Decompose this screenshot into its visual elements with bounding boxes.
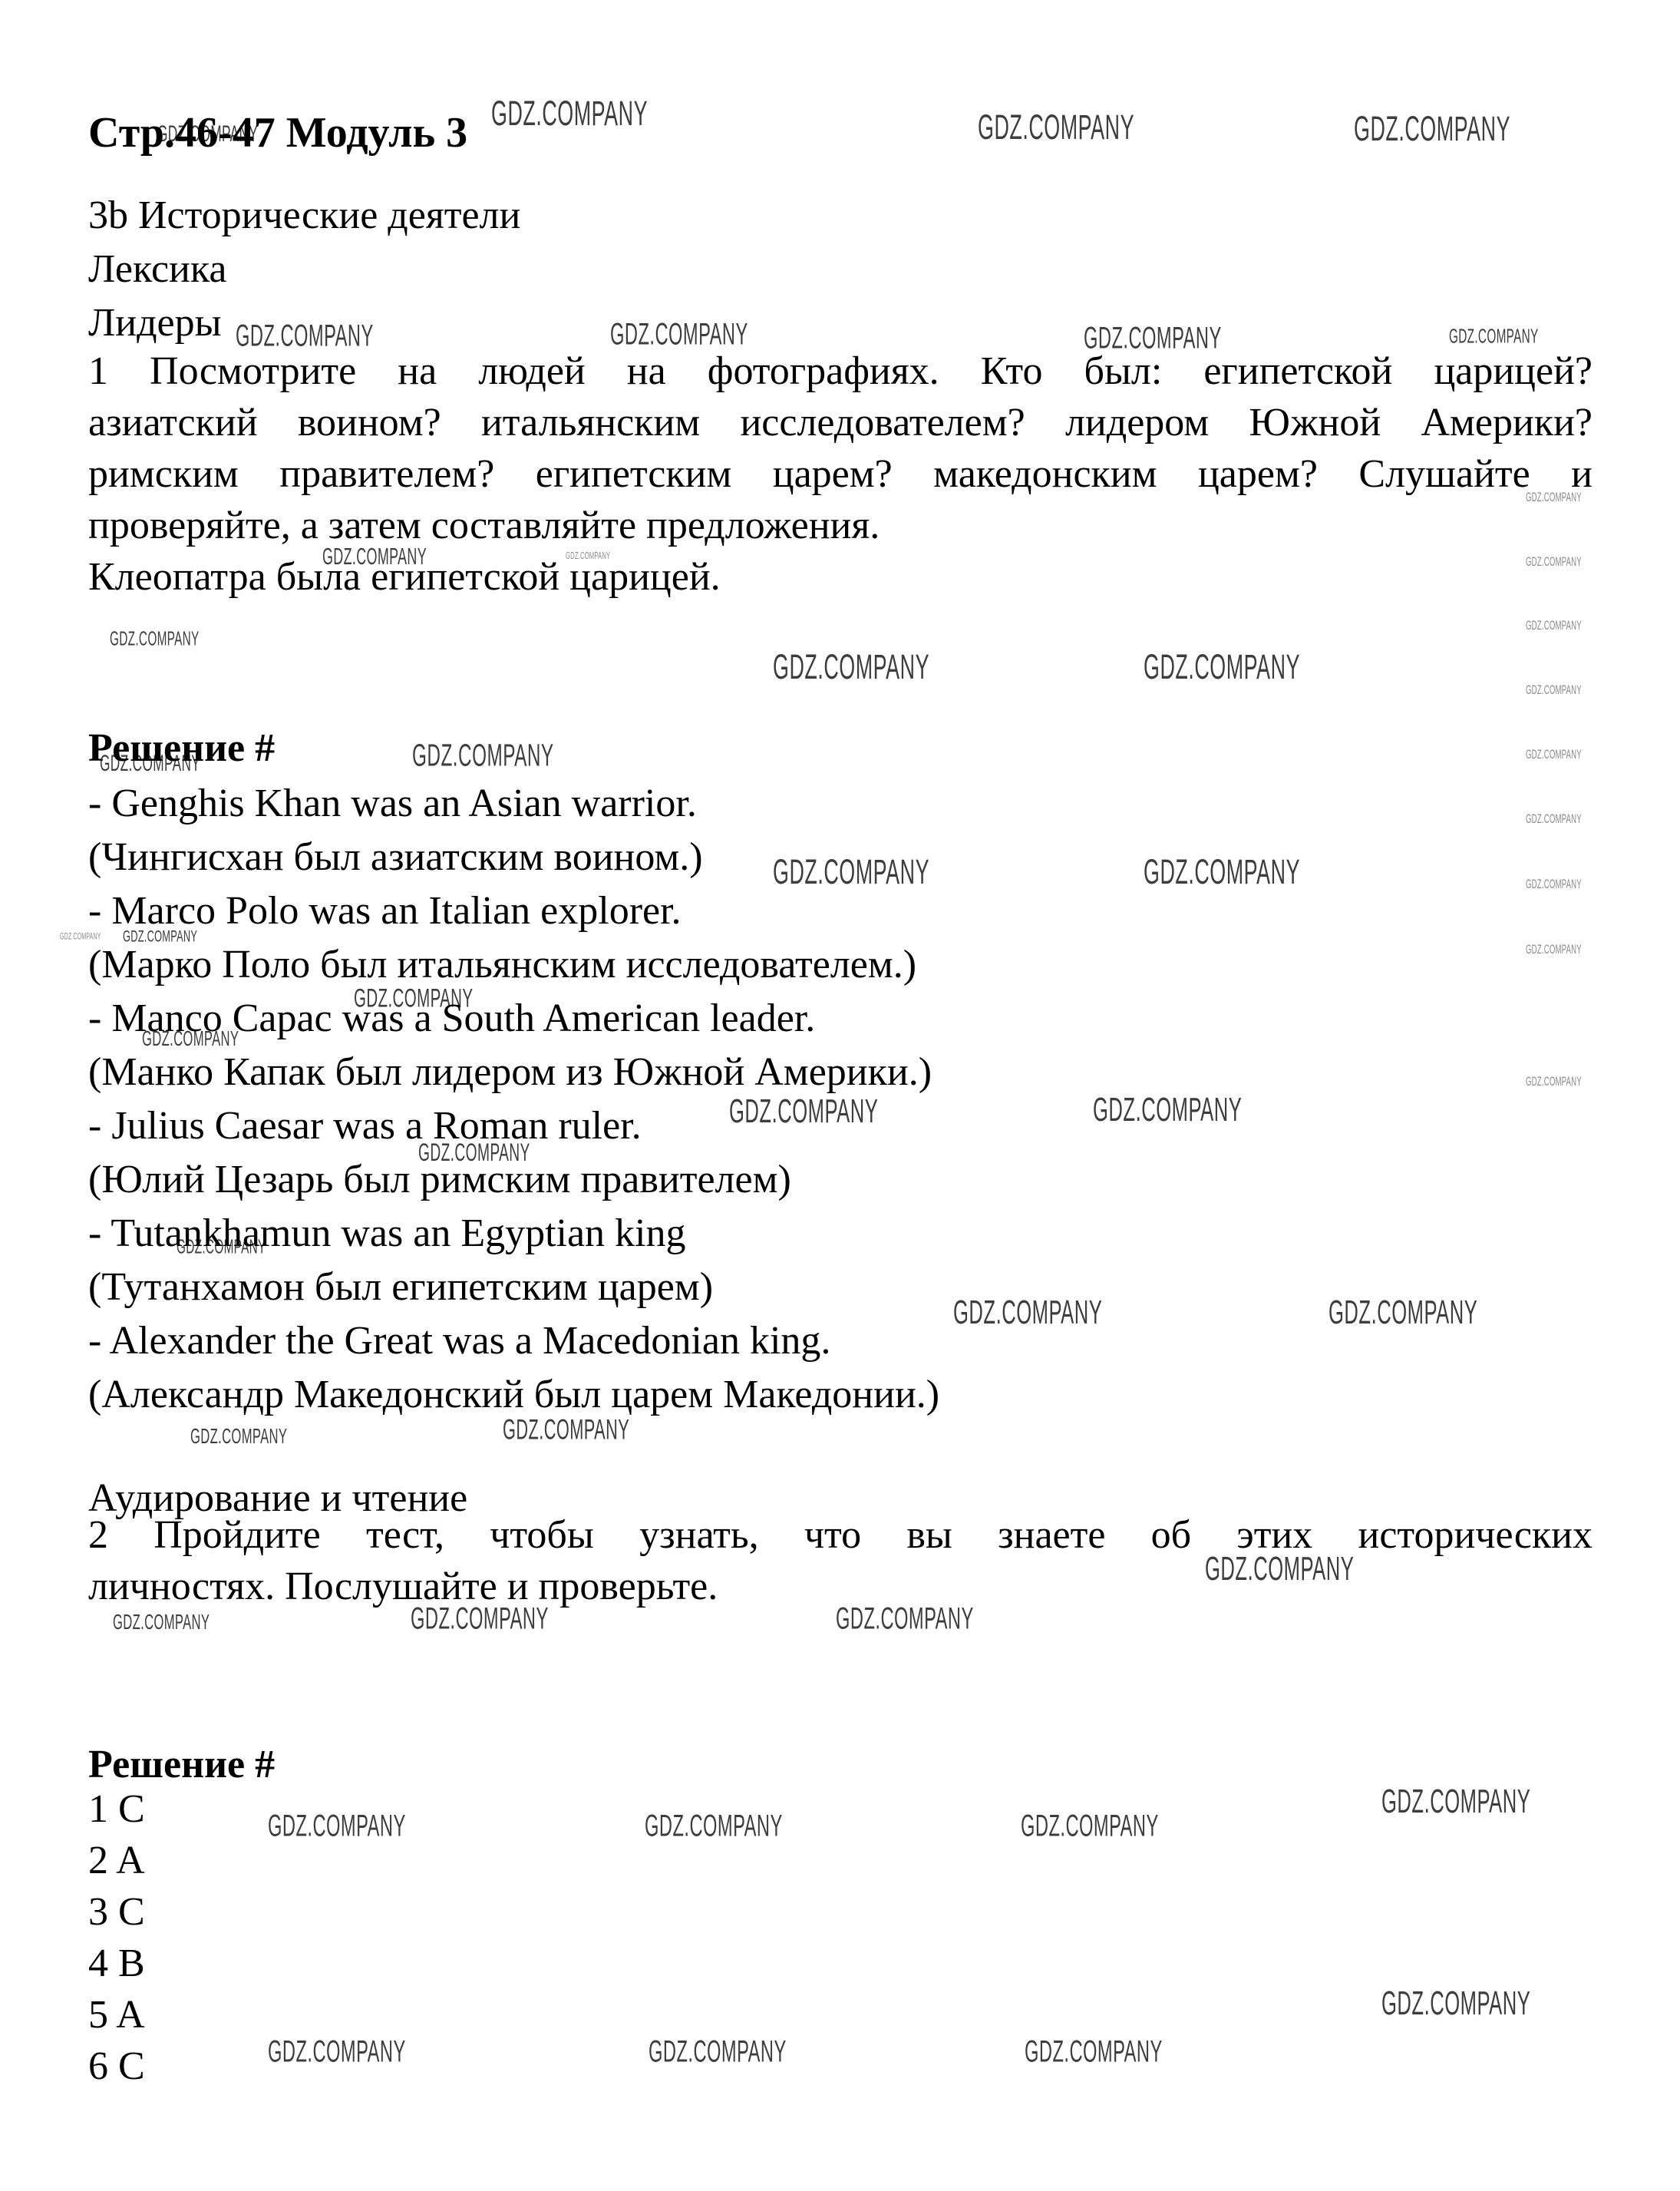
solution1-heading: Решение # — [88, 722, 1593, 774]
solution-item-en: - Genghis Khan was an Asian warrior. — [88, 777, 1593, 831]
watermark-text: GDZ.COMPANY — [1025, 2034, 1163, 2069]
task1-line: римским правителем? египетским царем? ма… — [88, 448, 1593, 500]
lesson-leaders-label: Лидеры — [88, 296, 1593, 350]
solution-item-ru: (Александр Македонский был царем Македон… — [88, 1368, 1593, 1422]
solution-item-ru: (Манко Капак был лидером из Южной Америк… — [88, 1046, 1593, 1099]
answer-row: 3 C — [88, 1886, 395, 1938]
solution-item-en: - Julius Caesar was a Roman ruler. — [88, 1099, 1593, 1153]
task1-line: проверяйте, а затем составляйте предложе… — [88, 500, 1593, 551]
watermark-text: GDZ.COMPANY — [1354, 109, 1510, 149]
watermark-text: GDZ.COMPANY — [773, 647, 929, 687]
answer-row: 2 A — [88, 1835, 395, 1886]
solution2-answers: 1 C 2 A 3 C 4 B 5 A 6 C — [88, 1783, 395, 2092]
watermark-text: GDZ.COMPANY — [645, 1809, 783, 1843]
solution-item-en: - Marco Polo was an Italian explorer. — [88, 884, 1593, 938]
watermark-text: GDZ.COMPANY — [190, 1423, 287, 1449]
solution-item-en: - Alexander the Great was a Macedonian k… — [88, 1314, 1593, 1368]
task2-text: 2 Пройдите тест, чтобы узнать, что вы зн… — [88, 1509, 1593, 1612]
watermark-text: GDZ.COMPANY — [1021, 1809, 1159, 1843]
watermark-text: GDZ.COMPANY — [1381, 1985, 1530, 2023]
watermark-text: GDZ.COMPANY — [649, 2034, 787, 2069]
page-title: Стр.46-47 Модуль 3 — [88, 109, 1009, 157]
task1-line: азиатский воином? итальянским исследоват… — [88, 397, 1593, 448]
answer-row: 5 A — [88, 1989, 395, 2041]
lesson-header: 3b Исторические деятели Лексика Лидеры — [88, 189, 1593, 350]
answer-row: 4 B — [88, 1938, 395, 1989]
watermark-text: GDZ.COMPANY — [1144, 647, 1300, 687]
solution1-list: - Genghis Khan was an Asian warrior. (Чи… — [88, 777, 1593, 1422]
task2-line: 2 Пройдите тест, чтобы узнать, что вы зн… — [88, 1509, 1593, 1561]
answer-row: 6 C — [88, 2041, 395, 2092]
task1-example-sentence: Клеопатра была египетской царицей. — [88, 551, 1593, 603]
watermark-text: GDZ.COMPANY — [110, 628, 200, 651]
answer-row: 1 C — [88, 1783, 395, 1835]
watermark-text: GDZ.COMPANY — [1526, 683, 1582, 697]
solution-item-ru: (Юлий Цезарь был римским правителем) — [88, 1153, 1593, 1207]
solution-item-ru: (Марко Поло был итальянским исследовател… — [88, 938, 1593, 992]
lesson-vocabulary-label: Лексика — [88, 243, 1593, 296]
lesson-subtitle: 3b Исторические деятели — [88, 189, 1593, 243]
task1-line: 1 Посмотрите на людей на фотографиях. Кт… — [88, 345, 1593, 397]
task2-line: личностях. Послушайте и проверьте. — [88, 1561, 1593, 1612]
watermark-text: GDZ.COMPANY — [113, 1609, 210, 1634]
solution-item-ru: (Тутанхамон был египетским царем) — [88, 1261, 1593, 1314]
solution-item-ru: (Чингисхан был азиатским воином.) — [88, 831, 1593, 884]
task1-text: 1 Посмотрите на людей на фотографиях. Кт… — [88, 345, 1593, 603]
solution-item-en: - Manco Capac was a South American leade… — [88, 992, 1593, 1046]
solution-item-en: - Tutankhamun was an Egyptian king — [88, 1207, 1593, 1261]
document-page: GDZ.COMPANYGDZ.COMPANYGDZ.COMPANYGDZ.COM… — [0, 0, 1680, 2191]
watermark-text: GDZ.COMPANY — [1526, 619, 1582, 633]
